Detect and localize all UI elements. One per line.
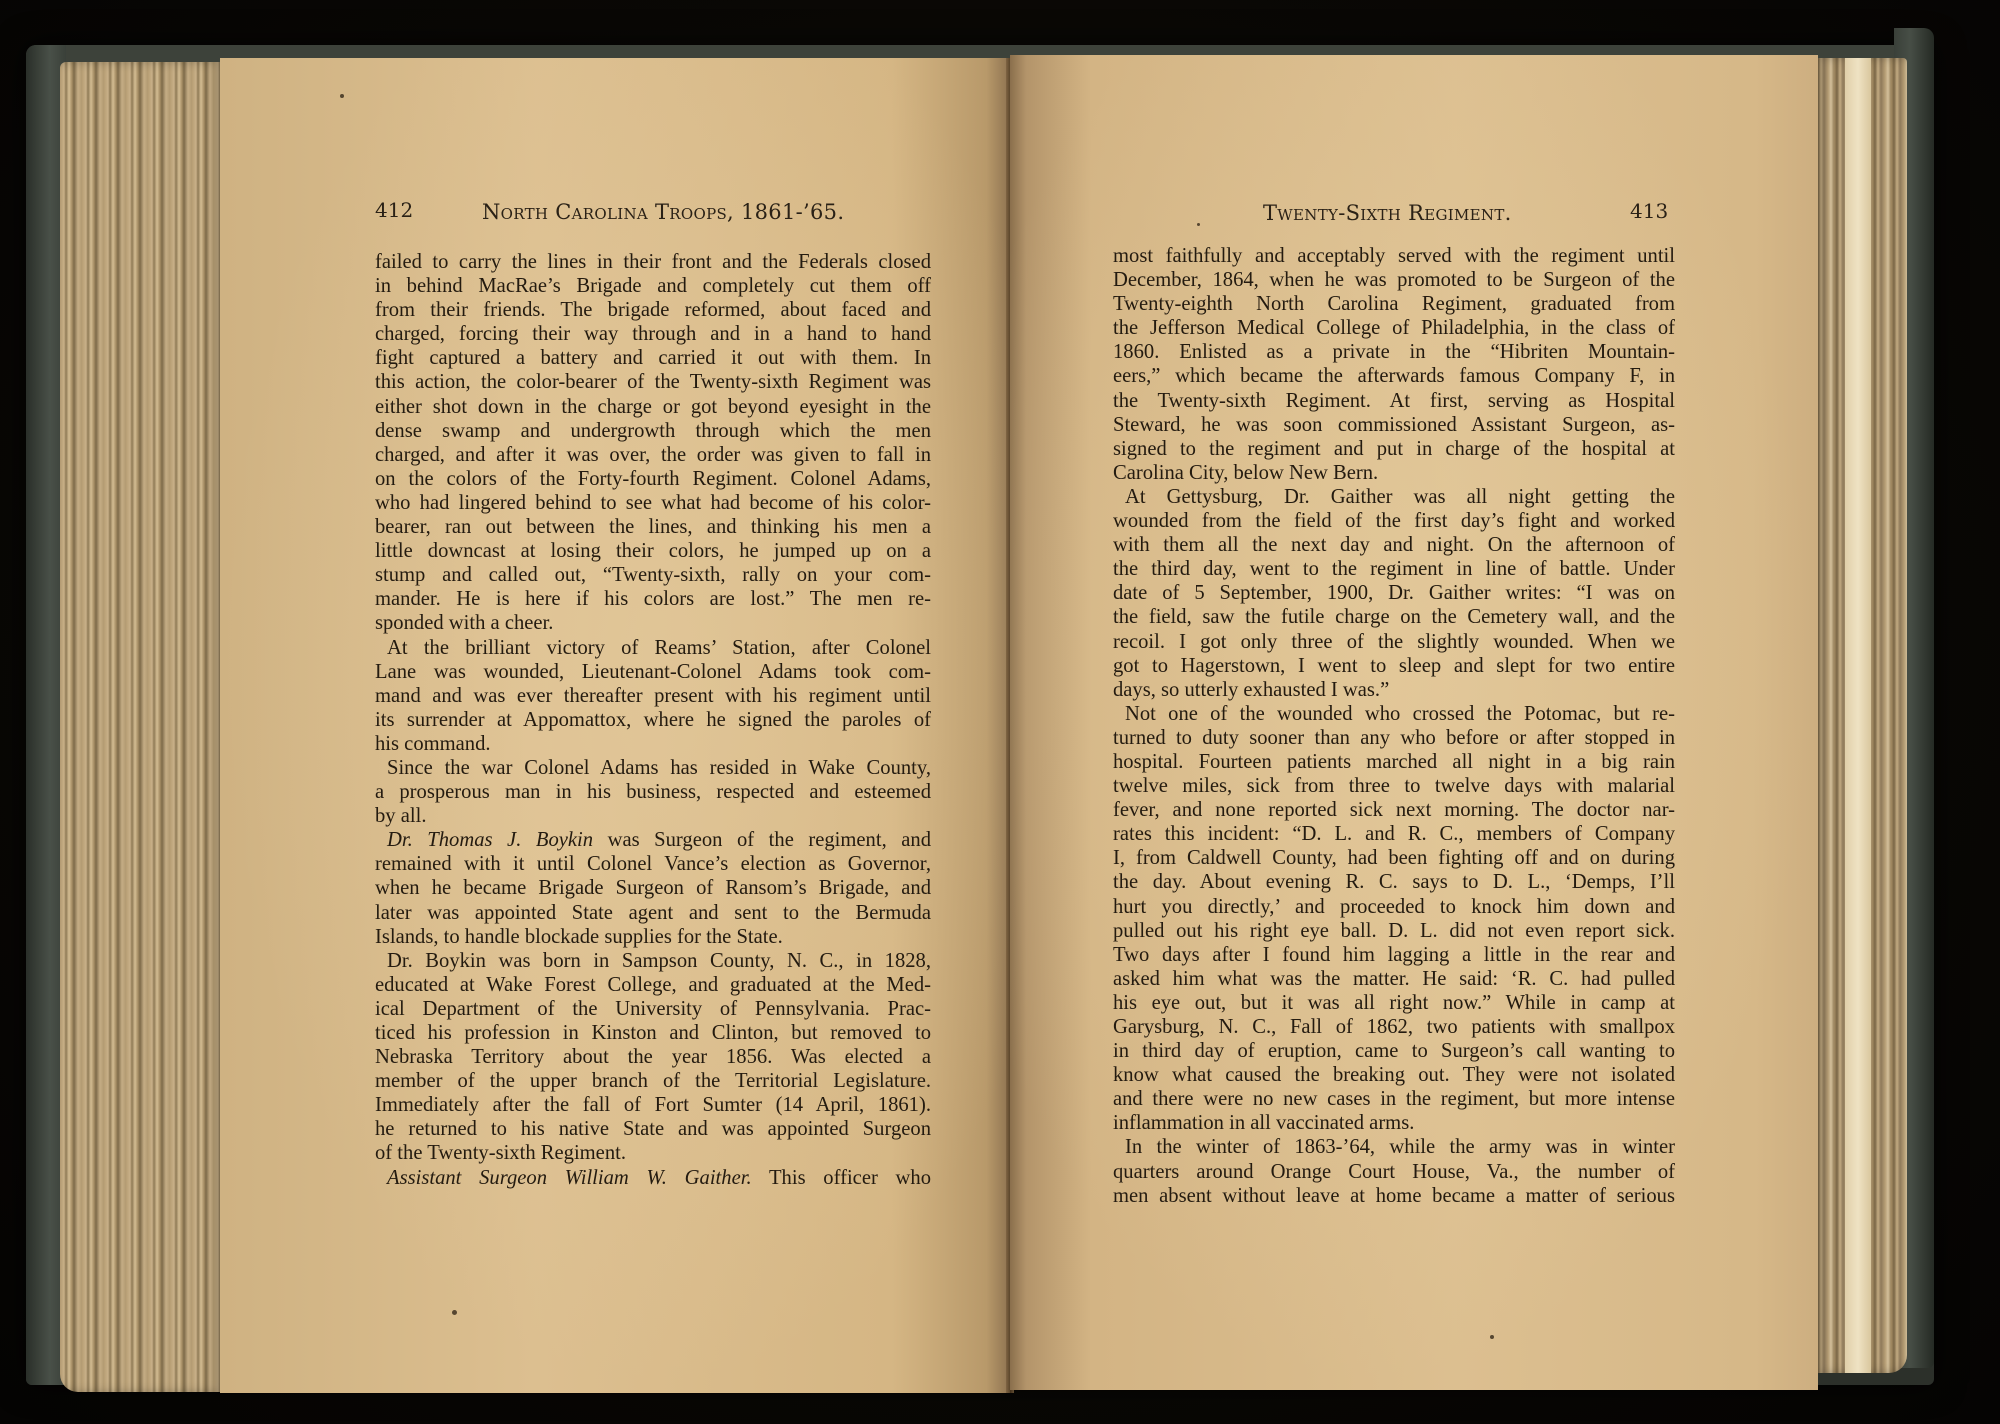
text-line: a prosperous man in his business, respec…	[375, 780, 931, 804]
line-text: I, from Caldwell County, had been fighti…	[1113, 847, 1675, 869]
text-line: got to Hagerstown, I went to sleep and s…	[1113, 654, 1675, 678]
loose-leaf	[1845, 58, 1871, 1373]
text-line: later was appointed State agent and sent…	[375, 901, 931, 925]
paper-speck	[1197, 223, 1200, 226]
line-text: quarters around Orange Court House, Va.,…	[1113, 1161, 1675, 1183]
text-line: turned to duty sooner than any who befor…	[1113, 726, 1675, 750]
text-line: mand and was ever thereafter present wit…	[375, 684, 931, 708]
line-text: the day. About evening R. C. says to D. …	[1113, 871, 1675, 893]
text-line: Assistant Surgeon William W. Gaither. Th…	[375, 1166, 931, 1190]
text-line: twelve miles, sick from three to twelve …	[1113, 774, 1675, 798]
text-line: inflammation in all vaccinated arms.	[1113, 1111, 1675, 1135]
text-line: Two days after I found him lagging a lit…	[1113, 943, 1675, 967]
text-line: member of the upper branch of the Territ…	[375, 1069, 931, 1093]
right-page-number: 413	[1630, 199, 1668, 223]
text-line: Garysburg, N. C., Fall of 1862, two pati…	[1113, 1015, 1675, 1039]
text-line: know what caused the breaking out. They …	[1113, 1063, 1675, 1087]
text-line: this action, the color-bearer of the Twe…	[375, 370, 931, 394]
line-text: asked him what was the matter. He said: …	[1113, 968, 1675, 990]
line-text: educated at Wake Forest College, and gra…	[375, 974, 931, 996]
text-line: Dr. Thomas J. Boykin was Surgeon of the …	[375, 828, 931, 852]
text-line: signed to the regiment and put in charge…	[1113, 437, 1675, 461]
text-line: hospital. Fourteen patients marched all …	[1113, 750, 1675, 774]
line-text: hospital. Fourteen patients marched all …	[1113, 751, 1675, 773]
text-line: asked him what was the matter. He said: …	[1113, 967, 1675, 991]
text-line: fight captured a battery and carried it …	[375, 346, 931, 370]
text-line: remained with it until Colonel Vance’s e…	[375, 852, 931, 876]
line-text: Garysburg, N. C., Fall of 1862, two pati…	[1113, 1016, 1675, 1038]
text-line: the third day, went to the regiment in l…	[1113, 557, 1675, 581]
left-running-head: North Carolina Troops, 1861-’65.	[482, 200, 844, 224]
line-text: Dr. Boykin was born in Sampson County, N…	[387, 950, 931, 972]
line-text: in third day of eruption, came to Surgeo…	[1113, 1040, 1675, 1062]
line-text: Steward, he was soon commissioned Assist…	[1113, 414, 1675, 436]
text-line: date of 5 September, 1900, Dr. Gaither w…	[1113, 581, 1675, 605]
line-text: rates this incident: “D. L. and R. C., m…	[1113, 823, 1675, 845]
line-text: date of 5 September, 1900, Dr. Gaither w…	[1113, 582, 1675, 604]
text-line: his eye out, but it was all right now.” …	[1113, 991, 1675, 1015]
line-text: charged, forcing their way through and i…	[375, 323, 931, 345]
line-text: his command.	[375, 733, 491, 755]
text-line: failed to carry the lines in their front…	[375, 250, 931, 274]
line-text: Not one of the wounded who crossed the P…	[1125, 703, 1675, 725]
line-text: Twenty-eighth North Carolina Regiment, g…	[1113, 293, 1675, 315]
line-text: of the Twenty-sixth Regiment.	[375, 1142, 626, 1164]
line-text: wounded from the field of the first day’…	[1113, 510, 1675, 532]
text-line: sponded with a cheer.	[375, 611, 931, 635]
text-line: Dr. Boykin was born in Sampson County, N…	[375, 949, 931, 973]
left-page: 412 North Carolina Troops, 1861-’65. fai…	[220, 58, 1010, 1393]
paper-speck	[452, 1310, 457, 1315]
line-text: member of the upper branch of the Territ…	[375, 1070, 931, 1092]
line-text: Islands, to handle blockade supplies for…	[375, 926, 783, 948]
text-line: Islands, to handle blockade supplies for…	[375, 925, 931, 949]
text-line: rates this incident: “D. L. and R. C., m…	[1113, 822, 1675, 846]
text-line: In the winter of 1863-’64, while the arm…	[1113, 1135, 1675, 1159]
line-text: Immediately after the fall of Fort Sumte…	[375, 1094, 931, 1116]
line-text: by all.	[375, 805, 426, 827]
text-line: either shot down in the charge or got be…	[375, 395, 931, 419]
text-line: December, 1864, when he was promoted to …	[1113, 268, 1675, 292]
line-text: remained with it until Colonel Vance’s e…	[375, 853, 931, 875]
left-page-body: failed to carry the lines in their front…	[375, 250, 931, 1190]
paper-speck	[340, 94, 344, 98]
text-line: from their friends. The brigade reformed…	[375, 298, 931, 322]
text-line: he returned to his native State and was …	[375, 1117, 931, 1141]
text-line: and there were no new cases in the regim…	[1113, 1087, 1675, 1111]
line-text: was Surgeon of the regiment, and	[593, 829, 931, 851]
line-text: a prosperous man in his business, respec…	[375, 781, 931, 803]
line-text: 1860. Enlisted as a private in the “Hibr…	[1113, 341, 1675, 363]
text-line: its surrender at Appomattox, where he si…	[375, 708, 931, 732]
text-line: when he became Brigade Surgeon of Ransom…	[375, 876, 931, 900]
line-text: failed to carry the lines in their front…	[375, 251, 931, 273]
text-line: charged, forcing their way through and i…	[375, 322, 931, 346]
text-line: Since the war Colonel Adams has resided …	[375, 756, 931, 780]
right-page: Twenty-Sixth Regiment. 413 most faithful…	[1010, 55, 1818, 1390]
line-text: eers,” which became the afterwards famou…	[1113, 365, 1675, 387]
line-text: December, 1864, when he was promoted to …	[1113, 269, 1675, 291]
line-text: bearer, ran out between the lines, and t…	[375, 516, 931, 538]
line-text: inflammation in all vaccinated arms.	[1113, 1112, 1414, 1134]
text-line: on the colors of the Forty-fourth Regime…	[375, 467, 931, 491]
line-text: he returned to his native State and was …	[375, 1118, 931, 1140]
line-text: Two days after I found him lagging a lit…	[1113, 944, 1675, 966]
line-text: the third day, went to the regiment in l…	[1113, 558, 1675, 580]
page-edges-right	[1815, 58, 1907, 1373]
text-line: charged, and after it was over, the orde…	[375, 443, 931, 467]
text-line: with them all the next day and night. On…	[1113, 533, 1675, 557]
text-line: At the brilliant victory of Reams’ Stati…	[375, 636, 931, 660]
line-text: Lane was wounded, Lieutenant-Colonel Ada…	[375, 661, 931, 683]
line-text: In the winter of 1863-’64, while the arm…	[1125, 1136, 1675, 1158]
italic-name: Dr. Thomas J. Boykin	[387, 829, 593, 851]
line-text: fever, and none reported sick next morni…	[1113, 799, 1675, 821]
left-page-number: 412	[375, 198, 413, 222]
text-line: men absent without leave at home became …	[1113, 1184, 1675, 1208]
line-text: when he became Brigade Surgeon of Ransom…	[375, 877, 931, 899]
line-text: At Gettysburg, Dr. Gaither was all night…	[1125, 486, 1675, 508]
text-line: of the Twenty-sixth Regiment.	[375, 1141, 931, 1165]
line-text: stump and called out, “Twenty-sixth, ral…	[375, 564, 931, 586]
line-text: hurt you directly,’ and proceeded to kno…	[1113, 896, 1675, 918]
text-line: hurt you directly,’ and proceeded to kno…	[1113, 895, 1675, 919]
line-text: his eye out, but it was all right now.” …	[1113, 992, 1675, 1014]
text-line: dense swamp and undergrowth through whic…	[375, 419, 931, 443]
paper-speck	[1490, 1335, 1494, 1339]
text-line: who had lingered behind to see what had …	[375, 491, 931, 515]
text-line: in behind MacRae’s Brigade and completel…	[375, 274, 931, 298]
line-text: ical Department of the University of Pen…	[375, 998, 931, 1020]
line-text: recoil. I got only three of the slightly…	[1113, 631, 1675, 653]
line-text: signed to the regiment and put in charge…	[1113, 438, 1675, 460]
line-text: most faithfully and acceptably served wi…	[1113, 245, 1675, 267]
line-text: either shot down in the charge or got be…	[375, 396, 931, 418]
text-line: by all.	[375, 804, 931, 828]
text-line: Immediately after the fall of Fort Sumte…	[375, 1093, 931, 1117]
line-text: got to Hagerstown, I went to sleep and s…	[1113, 655, 1675, 677]
text-line: the day. About evening R. C. says to D. …	[1113, 870, 1675, 894]
line-text: Since the war Colonel Adams has resided …	[387, 757, 931, 779]
text-line: quarters around Orange Court House, Va.,…	[1113, 1160, 1675, 1184]
text-line: most faithfully and acceptably served wi…	[1113, 244, 1675, 268]
line-text: turned to duty sooner than any who befor…	[1113, 727, 1675, 749]
text-line: Not one of the wounded who crossed the P…	[1113, 702, 1675, 726]
line-text: the Twenty-sixth Regiment. At first, ser…	[1113, 390, 1675, 412]
text-line: educated at Wake Forest College, and gra…	[375, 973, 931, 997]
line-text: with them all the next day and night. On…	[1113, 534, 1675, 556]
text-line: ticed his profession in Kinston and Clin…	[375, 1021, 931, 1045]
text-line: his command.	[375, 732, 931, 756]
right-running-head: Twenty-Sixth Regiment.	[1263, 201, 1512, 225]
text-line: the field, saw the futile charge on the …	[1113, 605, 1675, 629]
line-text: Carolina City, below New Bern.	[1113, 462, 1378, 484]
text-line: Steward, he was soon commissioned Assist…	[1113, 413, 1675, 437]
text-line: I, from Caldwell County, had been fighti…	[1113, 846, 1675, 870]
line-text: the Jefferson Medical College of Philade…	[1113, 317, 1675, 339]
text-line: 1860. Enlisted as a private in the “Hibr…	[1113, 340, 1675, 364]
text-line: Carolina City, below New Bern.	[1113, 461, 1675, 485]
text-line: Nebraska Territory about the year 1856. …	[375, 1045, 931, 1069]
line-text: fight captured a battery and carried it …	[375, 347, 931, 369]
page-edges-left	[60, 62, 222, 1392]
line-text: Nebraska Territory about the year 1856. …	[375, 1046, 931, 1068]
text-line: mander. He is here if his colors are los…	[375, 587, 931, 611]
right-page-body: most faithfully and acceptably served wi…	[1113, 244, 1675, 1208]
line-text: and there were no new cases in the regim…	[1113, 1088, 1675, 1110]
line-text: who had lingered behind to see what had …	[375, 492, 931, 514]
text-line: ical Department of the University of Pen…	[375, 997, 931, 1021]
line-text: mand and was ever thereafter present wit…	[375, 685, 931, 707]
line-text: the field, saw the futile charge on the …	[1113, 606, 1675, 628]
line-text: little downcast at losing their colors, …	[375, 540, 931, 562]
text-line: wounded from the field of the first day’…	[1113, 509, 1675, 533]
text-line: little downcast at losing their colors, …	[375, 539, 931, 563]
line-text: later was appointed State agent and sent…	[375, 902, 931, 924]
line-text: on the colors of the Forty-fourth Regime…	[375, 468, 931, 490]
text-line: eers,” which became the afterwards famou…	[1113, 364, 1675, 388]
line-text: ticed his profession in Kinston and Clin…	[375, 1022, 931, 1044]
italic-name: Assistant Surgeon William W. Gaither.	[387, 1167, 752, 1189]
text-line: recoil. I got only three of the slightly…	[1113, 630, 1675, 654]
book-photo-scene: 412 North Carolina Troops, 1861-’65. fai…	[0, 0, 2000, 1424]
line-text: sponded with a cheer.	[375, 612, 553, 634]
line-text: its surrender at Appomattox, where he si…	[375, 709, 931, 731]
text-line: pulled out his right eye ball. D. L. did…	[1113, 919, 1675, 943]
line-text: twelve miles, sick from three to twelve …	[1113, 775, 1675, 797]
line-text: in behind MacRae’s Brigade and completel…	[375, 275, 931, 297]
line-text: men absent without leave at home became …	[1113, 1185, 1675, 1207]
text-line: the Twenty-sixth Regiment. At first, ser…	[1113, 389, 1675, 413]
text-line: in third day of eruption, came to Surgeo…	[1113, 1039, 1675, 1063]
text-line: fever, and none reported sick next morni…	[1113, 798, 1675, 822]
line-text: this action, the color-bearer of the Twe…	[375, 371, 931, 393]
text-line: Twenty-eighth North Carolina Regiment, g…	[1113, 292, 1675, 316]
line-text: from their friends. The brigade reformed…	[375, 299, 931, 321]
text-line: bearer, ran out between the lines, and t…	[375, 515, 931, 539]
line-text: pulled out his right eye ball. D. L. did…	[1113, 920, 1675, 942]
text-line: the Jefferson Medical College of Philade…	[1113, 316, 1675, 340]
text-line: stump and called out, “Twenty-sixth, ral…	[375, 563, 931, 587]
text-line: Lane was wounded, Lieutenant-Colonel Ada…	[375, 660, 931, 684]
line-text: know what caused the breaking out. They …	[1113, 1064, 1675, 1086]
line-text: charged, and after it was over, the orde…	[375, 444, 931, 466]
line-text: dense swamp and undergrowth through whic…	[375, 420, 931, 442]
line-text: mander. He is here if his colors are los…	[375, 588, 931, 610]
text-line: days, so utterly exhausted I was.”	[1113, 678, 1675, 702]
line-text: At the brilliant victory of Reams’ Stati…	[387, 637, 931, 659]
text-line: At Gettysburg, Dr. Gaither was all night…	[1113, 485, 1675, 509]
line-text: This officer who	[752, 1167, 931, 1189]
line-text: days, so utterly exhausted I was.”	[1113, 679, 1389, 701]
